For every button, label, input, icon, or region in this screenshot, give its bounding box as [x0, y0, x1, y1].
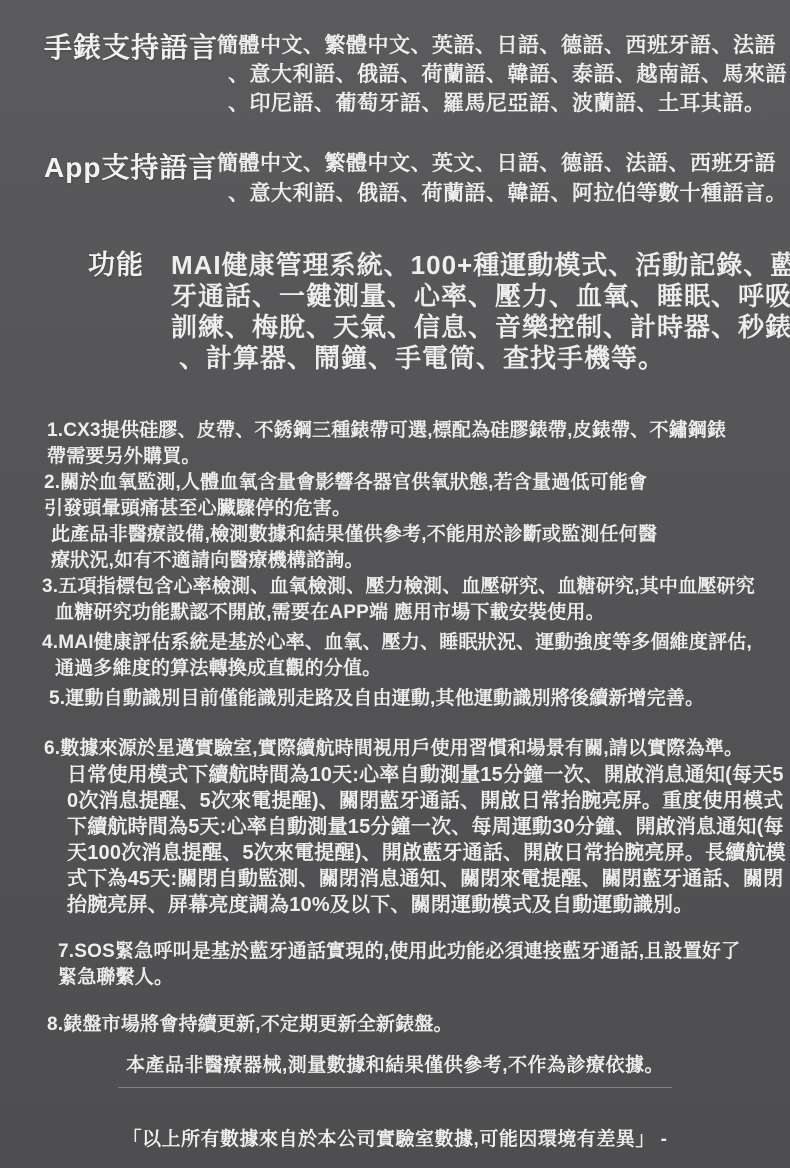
text-line: 此產品非醫療設備,檢測數據和結果僅供參考,不能用於診斷或監測任何醫: [44, 522, 790, 548]
text-line: 療狀況,如有不適請向醫療機構諮詢。: [44, 548, 790, 574]
text-line: 通過多維度的算法轉換成直觀的分值。: [42, 656, 790, 682]
text-line: 1.CX3提供硅膠、皮帶、不銹鋼三種錶帶可選,標配為硅膠錶帶,皮錶帶、不鏽鋼錶: [47, 418, 790, 444]
note-strap-options: 1.CX3提供硅膠、皮帶、不銹鋼三種錶帶可選,標配為硅膠錶帶,皮錶帶、不鏽鋼錶帶…: [0, 418, 790, 470]
text-line: 6.數據來源於星邁實驗室,實際續航時間視用戶使用習慣和場景有關,請以實際為準。: [44, 736, 790, 762]
text-line: 引發頭暈頭痛甚至心臟驟停的危害。: [44, 496, 790, 522]
features-text: MAI健康管理系統、100+種運動模式、活動記錄、藍牙通話、一鍵測量、心率、壓力…: [171, 250, 790, 374]
text-line: 7.SOS緊急呼叫是基於藍牙通話實現的,使用此功能必須連接藍牙通話,且設置好了: [58, 939, 790, 965]
footer-divider: [118, 1087, 672, 1088]
battery-mode-details: 日常使用模式下續航時間為10天:心率自動測量15分鐘一次、開啟消息通知(每天50…: [0, 762, 790, 918]
text-line: MAI健康管理系統、100+種運動模式、活動記錄、藍: [171, 250, 790, 281]
app-languages-title: App支持語言: [44, 146, 217, 186]
text-line: 3.五項指標包含心率檢測、血氧檢測、壓力檢測、血壓研究、血糖研究,其中血壓研究: [42, 574, 790, 600]
text-line: 天100次消息提醒、5次來電提醒)、開啟藍牙通話、開啟日常抬腕亮屏。長續航模: [67, 840, 790, 866]
text-line: 、印尼語、葡萄牙語、羅馬尼亞語、波蘭語、土耳其語。: [217, 89, 787, 118]
note-auto-sport-detect: 5.運動自動識別目前僅能識別走路及自由運動,其他運動識別將後續新增完善。: [0, 686, 790, 712]
watch-languages-title: 手錶支持語言: [44, 26, 218, 66]
text-line: 、意大利語、俄語、荷蘭語、韓語、阿拉伯等數十種語言。: [217, 179, 787, 209]
text-line: 、計算器、鬧鐘、手電筒、查找手機等。: [171, 343, 790, 374]
text-line: 式下為45天:關閉自動監測、關閉消息通知、關閉來電提醒、關閉藍牙通話、關閉: [67, 866, 790, 892]
app-languages-text: 簡體中文、繁體中文、英文、日語、德語、法語、西班牙語、意大利語、俄語、荷蘭語、韓…: [217, 149, 787, 209]
product-spec-page: 手錶支持語言 簡體中文、繁體中文、英語、日語、德語、西班牙語、法語、意大利語、俄…: [0, 0, 790, 1168]
text-line: 下續航時間為5天:心率自動測量15分鐘一次、每周運動30分鐘、開啟消息通知(每: [67, 814, 790, 840]
text-line: 牙通話、一鍵測量、心率、壓力、血氧、睡眠、呼吸: [171, 281, 790, 312]
text-line: 抬腕亮屏、屏幕亮度調為10%及以下、關閉運動模式及自動運動識別。: [67, 892, 790, 918]
text-line: 血糖研究功能默認不開啟,需要在APP端 應用市場下載安裝使用。: [42, 600, 790, 626]
note-mai-score: 4.MAI健康評估系統是基於心率、血氧、壓力、睡眠狀況、運動強度等多個維度評估,…: [0, 630, 790, 682]
medical-disclaimer: 本產品非醫療器械,測量數據和結果僅供參考,不作為診療依據。: [0, 1050, 790, 1077]
watch-languages-text: 簡體中文、繁體中文、英語、日語、德語、西班牙語、法語、意大利語、俄語、荷蘭語、韓…: [217, 31, 787, 118]
note-watchface-market: 8.錶盤市場將會持續更新,不定期更新全新錶盤。: [0, 1012, 790, 1038]
text-line: 訓練、梅脫、天氣、信息、音樂控制、計時器、秒錶: [171, 312, 790, 343]
note-five-indicators: 3.五項指標包含心率檢測、血氧檢測、壓力檢測、血壓研究、血糖研究,其中血壓研究血…: [0, 574, 790, 626]
text-line: 帶需要另外購買。: [47, 444, 790, 470]
text-line: 2.關於血氧監測,人體血氧含量會影響各器官供氧狀態,若含量過低可能會: [44, 470, 790, 496]
lab-data-note: 「以上所有數據來自於本公司實驗室數據,可能因環境有差異」 -: [0, 1124, 790, 1151]
text-line: 日常使用模式下續航時間為10天:心率自動測量15分鐘一次、開啟消息通知(每天5: [67, 762, 790, 788]
text-line: 簡體中文、繁體中文、英語、日語、德語、西班牙語、法語: [217, 31, 787, 60]
text-line: 、意大利語、俄語、荷蘭語、韓語、泰語、越南語、馬來語: [217, 60, 787, 89]
note-blood-oxygen: 2.關於血氧監測,人體血氧含量會影響各器官供氧狀態,若含量過低可能會引發頭暈頭痛…: [0, 470, 790, 574]
text-line: 8.錶盤市場將會持續更新,不定期更新全新錶盤。: [47, 1012, 790, 1038]
text-line: 簡體中文、繁體中文、英文、日語、德語、法語、西班牙語: [217, 149, 787, 179]
text-line: 緊急聯繫人。: [58, 965, 790, 991]
text-line: 5.運動自動識別目前僅能識別走路及自由運動,其他運動識別將後續新增完善。: [49, 686, 790, 712]
features-title: 功能: [88, 243, 144, 282]
note-sos-call: 7.SOS緊急呼叫是基於藍牙通話實現的,使用此功能必須連接藍牙通話,且設置好了緊…: [0, 939, 790, 991]
text-line: 4.MAI健康評估系統是基於心率、血氧、壓力、睡眠狀況、運動強度等多個維度評估,: [42, 630, 790, 656]
note-battery-source: 6.數據來源於星邁實驗室,實際續航時間視用戶使用習慣和場景有關,請以實際為準。: [0, 736, 790, 762]
text-line: 0次消息提醒、5次來電提醒)、關閉藍牙通話、開啟日常抬腕亮屏。重度使用模式: [67, 788, 790, 814]
notes-list: 1.CX3提供硅膠、皮帶、不銹鋼三種錶帶可選,標配為硅膠錶帶,皮錶帶、不鏽鋼錶帶…: [0, 418, 790, 1038]
